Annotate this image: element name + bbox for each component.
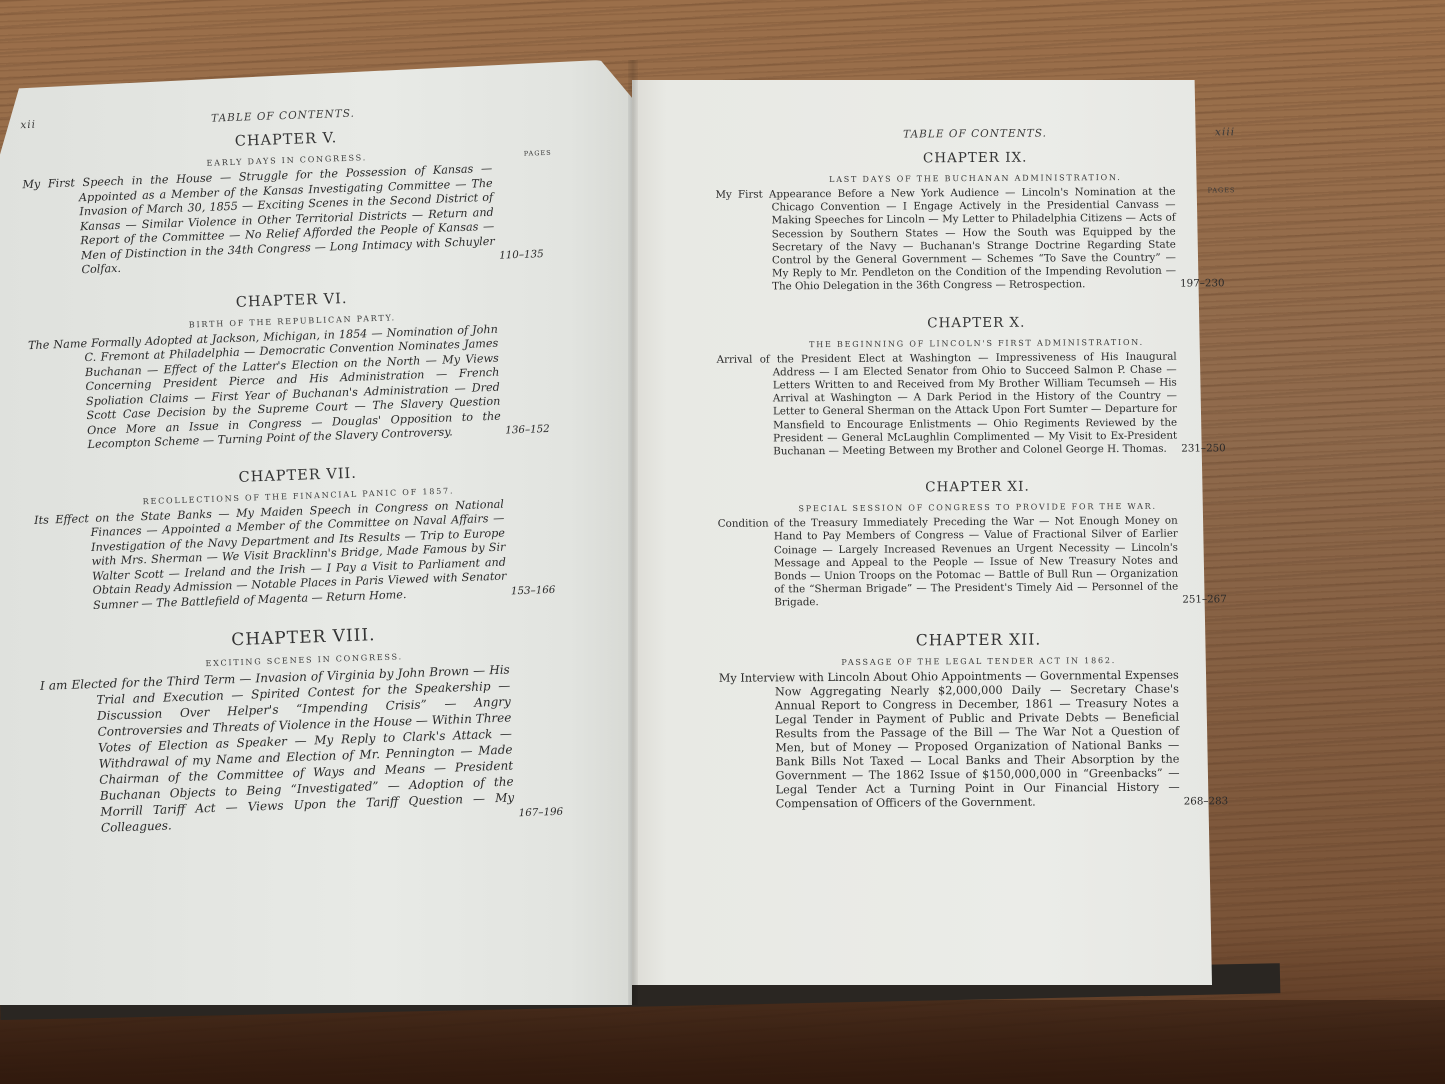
chapter-summary-text: Arrival of the President Elect at Washin… <box>717 350 1178 457</box>
toc-chapter: CHAPTER XII. PASSAGE OF THE LEGAL TENDER… <box>719 629 1240 812</box>
book-gutter <box>628 60 638 1005</box>
chapter-title: CHAPTER XI. <box>717 477 1237 497</box>
chapter-summary: Condition of the Treasury Immediately Pr… <box>718 514 1239 610</box>
toc-chapter: CHAPTER X. THE BEGINNING OF LINCOLN'S FI… <box>716 313 1237 459</box>
toc-chapter: CHAPTER V. EARLY DAYS IN CONGRESS. PAGES… <box>21 123 556 280</box>
chapter-subtitle: PASSAGE OF THE LEGAL TENDER ACT IN 1862. <box>719 655 1239 668</box>
page-number: xiii <box>1215 126 1235 138</box>
chapter-summary-text: Its Effect on the State Banks — My Maide… <box>34 497 507 611</box>
pages-label: PAGES <box>524 149 552 158</box>
chapter-subtitle: SPECIAL SESSION OF CONGRESS TO PROVIDE F… <box>718 501 1238 514</box>
toc-chapter: CHAPTER VII. RECOLLECTIONS OF THE FINANC… <box>33 458 568 615</box>
chapter-summary-text: My First Speech in the House — Struggle … <box>22 162 495 276</box>
chapter-summary: Its Effect on the State Banks — My Maide… <box>34 495 567 615</box>
left-page-content: xii TABLE OF CONTENTS. CHAPTER V. EARLY … <box>20 101 576 860</box>
chapter-summary: The Name Formally Adopted at Jackson, Mi… <box>28 320 562 454</box>
chapter-subtitle: THE BEGINNING OF LINCOLN'S FIRST ADMINIS… <box>716 337 1236 350</box>
chapter-summary-text: Condition of the Treasury Immediately Pr… <box>718 515 1179 609</box>
chapter-subtitle-text: LAST DAYS OF THE BUCHANAN ADMINISTRATION… <box>829 173 1122 184</box>
right-page-content: TABLE OF CONTENTS. xiii CHAPTER IX. LAST… <box>715 126 1240 833</box>
toc-chapter: CHAPTER VI. BIRTH OF THE REPUBLICAN PART… <box>27 283 562 454</box>
chapter-summary-text: My Interview with Lincoln About Ohio App… <box>719 668 1180 810</box>
chapter-subtitle: LAST DAYS OF THE BUCHANAN ADMINISTRATION… <box>715 172 1235 185</box>
chapter-title: CHAPTER IX. <box>715 148 1235 168</box>
toc-chapter: CHAPTER IX. LAST DAYS OF THE BUCHANAN AD… <box>715 148 1236 294</box>
toc-chapter: CHAPTER XI. SPECIAL SESSION OF CONGRESS … <box>717 477 1238 610</box>
chapter-summary: My First Appearance Before a New York Au… <box>715 185 1236 294</box>
chapter-subtitle-text: EARLY DAYS IN CONGRESS. <box>206 153 367 168</box>
page-number: xii <box>20 119 36 132</box>
chapter-summary: I am Elected for the Third Term — Invasi… <box>40 659 575 837</box>
running-head: TABLE OF CONTENTS. xiii <box>715 126 1235 142</box>
chapter-summary-text: My First Appearance Before a New York Au… <box>715 186 1176 293</box>
running-head-title: TABLE OF CONTENTS. <box>735 126 1215 141</box>
chapter-summary: My Interview with Lincoln About Ohio App… <box>719 668 1240 812</box>
chapter-summary-text: I am Elected for the Third Term — Invasi… <box>40 663 515 835</box>
chapter-summary-text: The Name Formally Adopted at Jackson, Mi… <box>28 322 501 451</box>
chapter-summary: My First Speech in the House — Struggle … <box>22 160 555 280</box>
chapter-summary: Arrival of the President Elect at Washin… <box>717 350 1238 459</box>
toc-chapter: CHAPTER VIII. EXCITING SCENES IN CONGRES… <box>38 618 575 837</box>
chapter-title: CHAPTER XII. <box>719 629 1239 651</box>
chapter-title: CHAPTER X. <box>716 313 1236 333</box>
